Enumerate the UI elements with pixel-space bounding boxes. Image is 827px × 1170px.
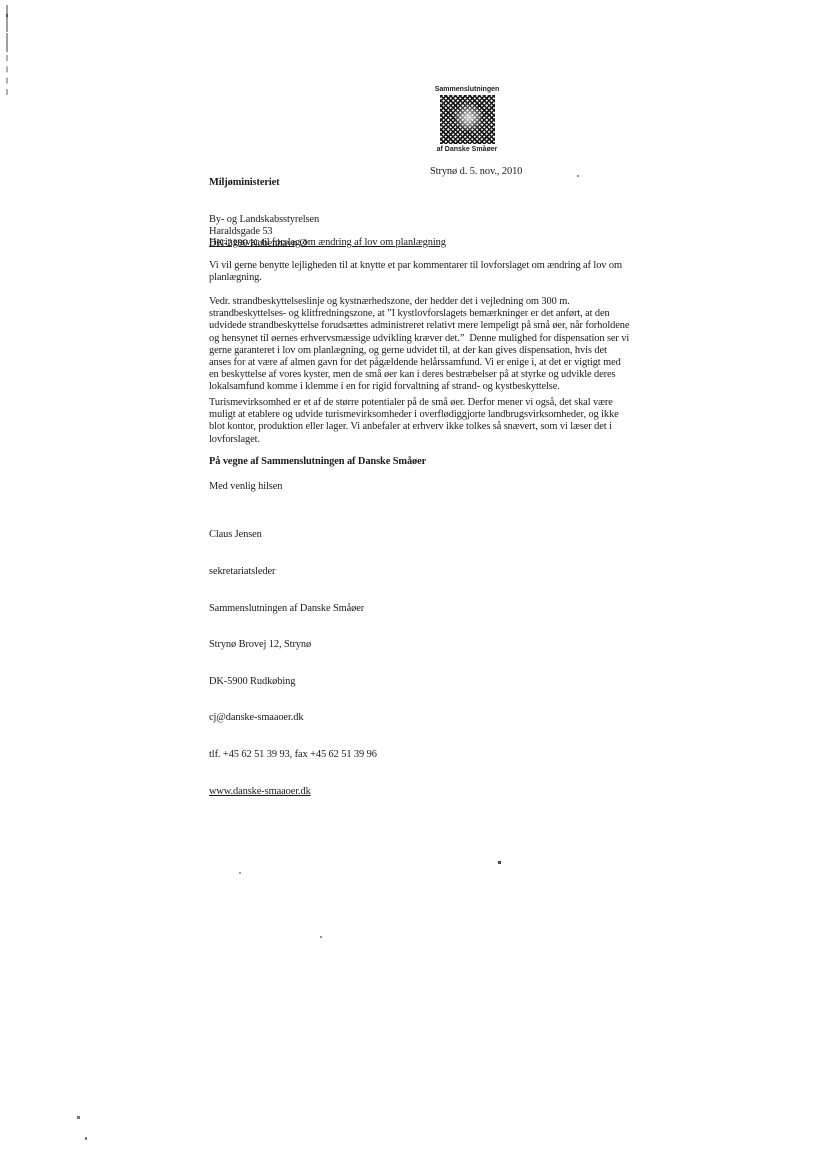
body-paragraph: Vedr. strandbeskyttelseslinje og kystnær… bbox=[209, 296, 629, 394]
signature-street: Strynø Brovej 12, Strynø bbox=[209, 639, 377, 651]
logo-top-label: Sammenslutningen bbox=[412, 86, 522, 93]
signature-email: cj@danske-smaaoer.dk bbox=[209, 712, 377, 724]
scan-artifact bbox=[6, 33, 8, 52]
scan-artifact bbox=[85, 1137, 87, 1140]
body-paragraph: Turismevirksomhed er et af de større pot… bbox=[209, 397, 619, 446]
scan-artifact bbox=[498, 861, 501, 864]
recipient-address-block: Miljøministeriet By- og Landskabsstyrels… bbox=[209, 153, 319, 275]
scan-artifact bbox=[239, 872, 241, 874]
scan-artifact bbox=[320, 936, 322, 938]
subject-line: Høringssvar til forslag om ændring af lo… bbox=[209, 237, 446, 249]
signature-organization: Sammenslutningen af Danske Småøer bbox=[209, 603, 377, 615]
signature-website: www.danske-smaaoer.dk bbox=[209, 786, 377, 798]
recipient-name: Miljøministeriet bbox=[209, 177, 319, 189]
signature-block: Claus Jensen sekretariatsleder Sammenslu… bbox=[209, 505, 377, 822]
scanned-letter-page: Sammenslutningen af Danske Småøer Miljøm… bbox=[0, 0, 827, 1170]
signature-phone-fax: tlf. +45 62 51 39 93, fax +45 62 51 39 9… bbox=[209, 749, 377, 761]
org-emblem-icon bbox=[440, 95, 495, 144]
letter-date: Strynø d. 5. nov., 2010 bbox=[430, 166, 522, 178]
signature-city: DK-5900 Rudkøbing bbox=[209, 676, 377, 688]
closing-line: Med venlig hilsen bbox=[209, 481, 282, 493]
scan-artifact bbox=[577, 175, 579, 177]
body-paragraph: Vi vil gerne benytte lejligheden til at … bbox=[209, 260, 622, 284]
scan-artifact bbox=[6, 55, 8, 95]
logo-bottom-label: af Danske Småøer bbox=[412, 146, 522, 153]
scan-artifact bbox=[6, 14, 8, 17]
on-behalf-line: På vegne af Sammenslutningen af Danske S… bbox=[209, 456, 426, 468]
org-logo: Sammenslutningen af Danske Småøer bbox=[412, 86, 522, 153]
scan-artifact bbox=[77, 1116, 80, 1119]
signature-title: sekretariatsleder bbox=[209, 566, 377, 578]
signature-name: Claus Jensen bbox=[209, 529, 377, 541]
scan-artifact bbox=[6, 5, 8, 32]
